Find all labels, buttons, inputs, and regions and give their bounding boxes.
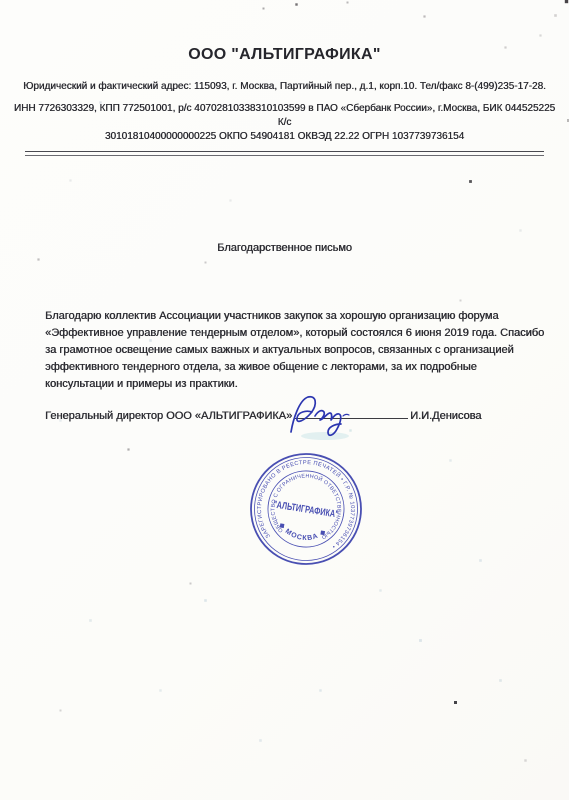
signature-smudge [301, 432, 349, 440]
letterhead-address: Юридический и фактический адрес: 115093,… [14, 80, 555, 93]
company-name: ООО "АЛЬТИГРАФИКА" [0, 46, 569, 64]
handwritten-signature [281, 386, 373, 446]
letterhead-bank-line1: ИНН 7726303329, КПП 772501001, р/с 40702… [10, 102, 559, 130]
letterhead: ООО "АЛЬТИГРАФИКА" Юридический и фактиче… [0, 46, 569, 156]
signer-name: И.И.Денисова [410, 410, 481, 422]
stamp-center-text: "АЛЬТИГРАФИКА" [272, 499, 339, 520]
letter-title: Благодарственное письмо [0, 242, 569, 254]
signer-title: Генеральный директор ООО «АЛЬТИГРАФИКА» [45, 410, 292, 422]
company-stamp: ЗАРЕГИСТРИРОВАНО В РЕЕСТРЕ ПЕЧАТЕЙ • Г.Р… [242, 445, 370, 573]
letterhead-bank-line2: 30101810400000000225 ОКПО 54904181 ОКВЭД… [10, 130, 559, 144]
stamp-city-text: ◆ МОСКВА ◆ [275, 520, 329, 546]
signature-stroke [291, 397, 349, 436]
scan-noise-light [0, 0, 1, 1]
scan-noise-dark [0, 0, 1, 1]
letterhead-divider [25, 151, 544, 156]
signature-row: Генеральный директор ООО «АЛЬТИГРАФИКА» … [45, 406, 481, 422]
scanned-letter-page: ООО "АЛЬТИГРАФИКА" Юридический и фактиче… [0, 0, 569, 800]
letter-body: Благодарю коллектив Ассоциации участнико… [45, 308, 547, 393]
